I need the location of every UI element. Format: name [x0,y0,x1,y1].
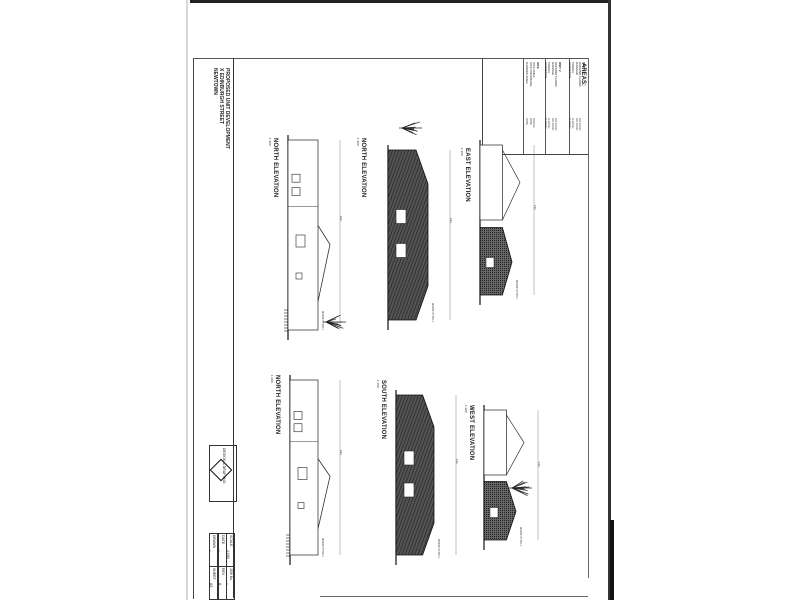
title-block-label: DRAWN [212,535,216,548]
areas-row-value: XX.XXm² [551,118,555,130]
title-block-label: JOB No. [229,568,233,581]
title-block-value: -- [218,550,222,552]
elevation-scale: 1:100 [376,380,380,388]
elevation-title: SOUTH ELEVATION [380,380,386,439]
title-block-value: A3 [209,583,213,587]
elevation-scale: 1:100 [460,148,464,156]
callout-note: ROOF PITCH [321,538,325,557]
dimension-note: FFL [449,218,453,223]
title-block-label: SHEET [212,568,216,580]
areas-row-label: GARDEN AREA [525,62,529,84]
elevation-title: NORTH ELEVATION [360,138,366,197]
callout-note: ROOF PITCH [437,539,441,558]
elevation-west [484,405,538,550]
areas-row-label: SITE COVERAGE [529,62,533,87]
callout-note: ROOF PITCH [431,303,435,322]
areas-row-value: X.XXm² [568,118,572,128]
areas-row-value: XX.XXm² [575,118,579,130]
areas-column-heading: SITE [536,62,540,69]
areas-column-heading: UNIT 1 [582,62,586,72]
title-block-value: -- [209,550,213,552]
callout-note: ROOF PITCH [519,527,523,546]
elevation-title: WEST ELEVATION [468,405,474,460]
areas-row-value: XX% [525,118,529,125]
title-block-label: REV [221,568,225,575]
callout-note: ROOF PITCH [515,280,519,299]
elevation-title: EAST ELEVATION [464,148,470,202]
areas-column-heading: UNIT 2 [558,62,562,72]
elevation-title: NORTH ELEVATION [272,138,278,197]
areas-row-value: XX% [529,118,533,125]
elevation-north-2 [388,145,450,330]
dimension-note: FFL [339,450,343,455]
areas-row-label: GARAGE [575,62,579,75]
dimension-note: FFL [455,459,459,464]
dimension-note: FFL [339,216,343,221]
elevation-north-1 [284,135,340,340]
elevation-scale: 1:100 [270,375,274,383]
areas-row-value: X.XXm² [544,118,548,128]
elevation-title: NORTH ELEVATION [274,375,280,434]
elevation-east [480,140,534,305]
title-block-label: SCALE [229,535,233,546]
areas-row-label: GARAGE [551,62,555,75]
elevation-north-3 [286,375,340,565]
areas-row-label: ALFRESCO [544,62,548,78]
areas-row-label: ALFRESCO [568,62,572,78]
dimension-note: FFL [533,205,537,210]
elevation-scale: 1:100 [268,138,272,146]
elevation-south [396,390,456,565]
elevations-drawing [0,0,800,600]
callout-note: ROOF PITCH [321,311,325,330]
elevation-scale: 1:100 [464,405,468,413]
title-block-value: A [218,583,222,585]
title-block-label: DATE [221,535,225,544]
elevation-scale: 1:100 [356,138,360,146]
dimension-note: FFL [537,462,541,467]
title-block-value: -- [226,583,230,585]
title-block-value: 1:100 [226,550,230,559]
